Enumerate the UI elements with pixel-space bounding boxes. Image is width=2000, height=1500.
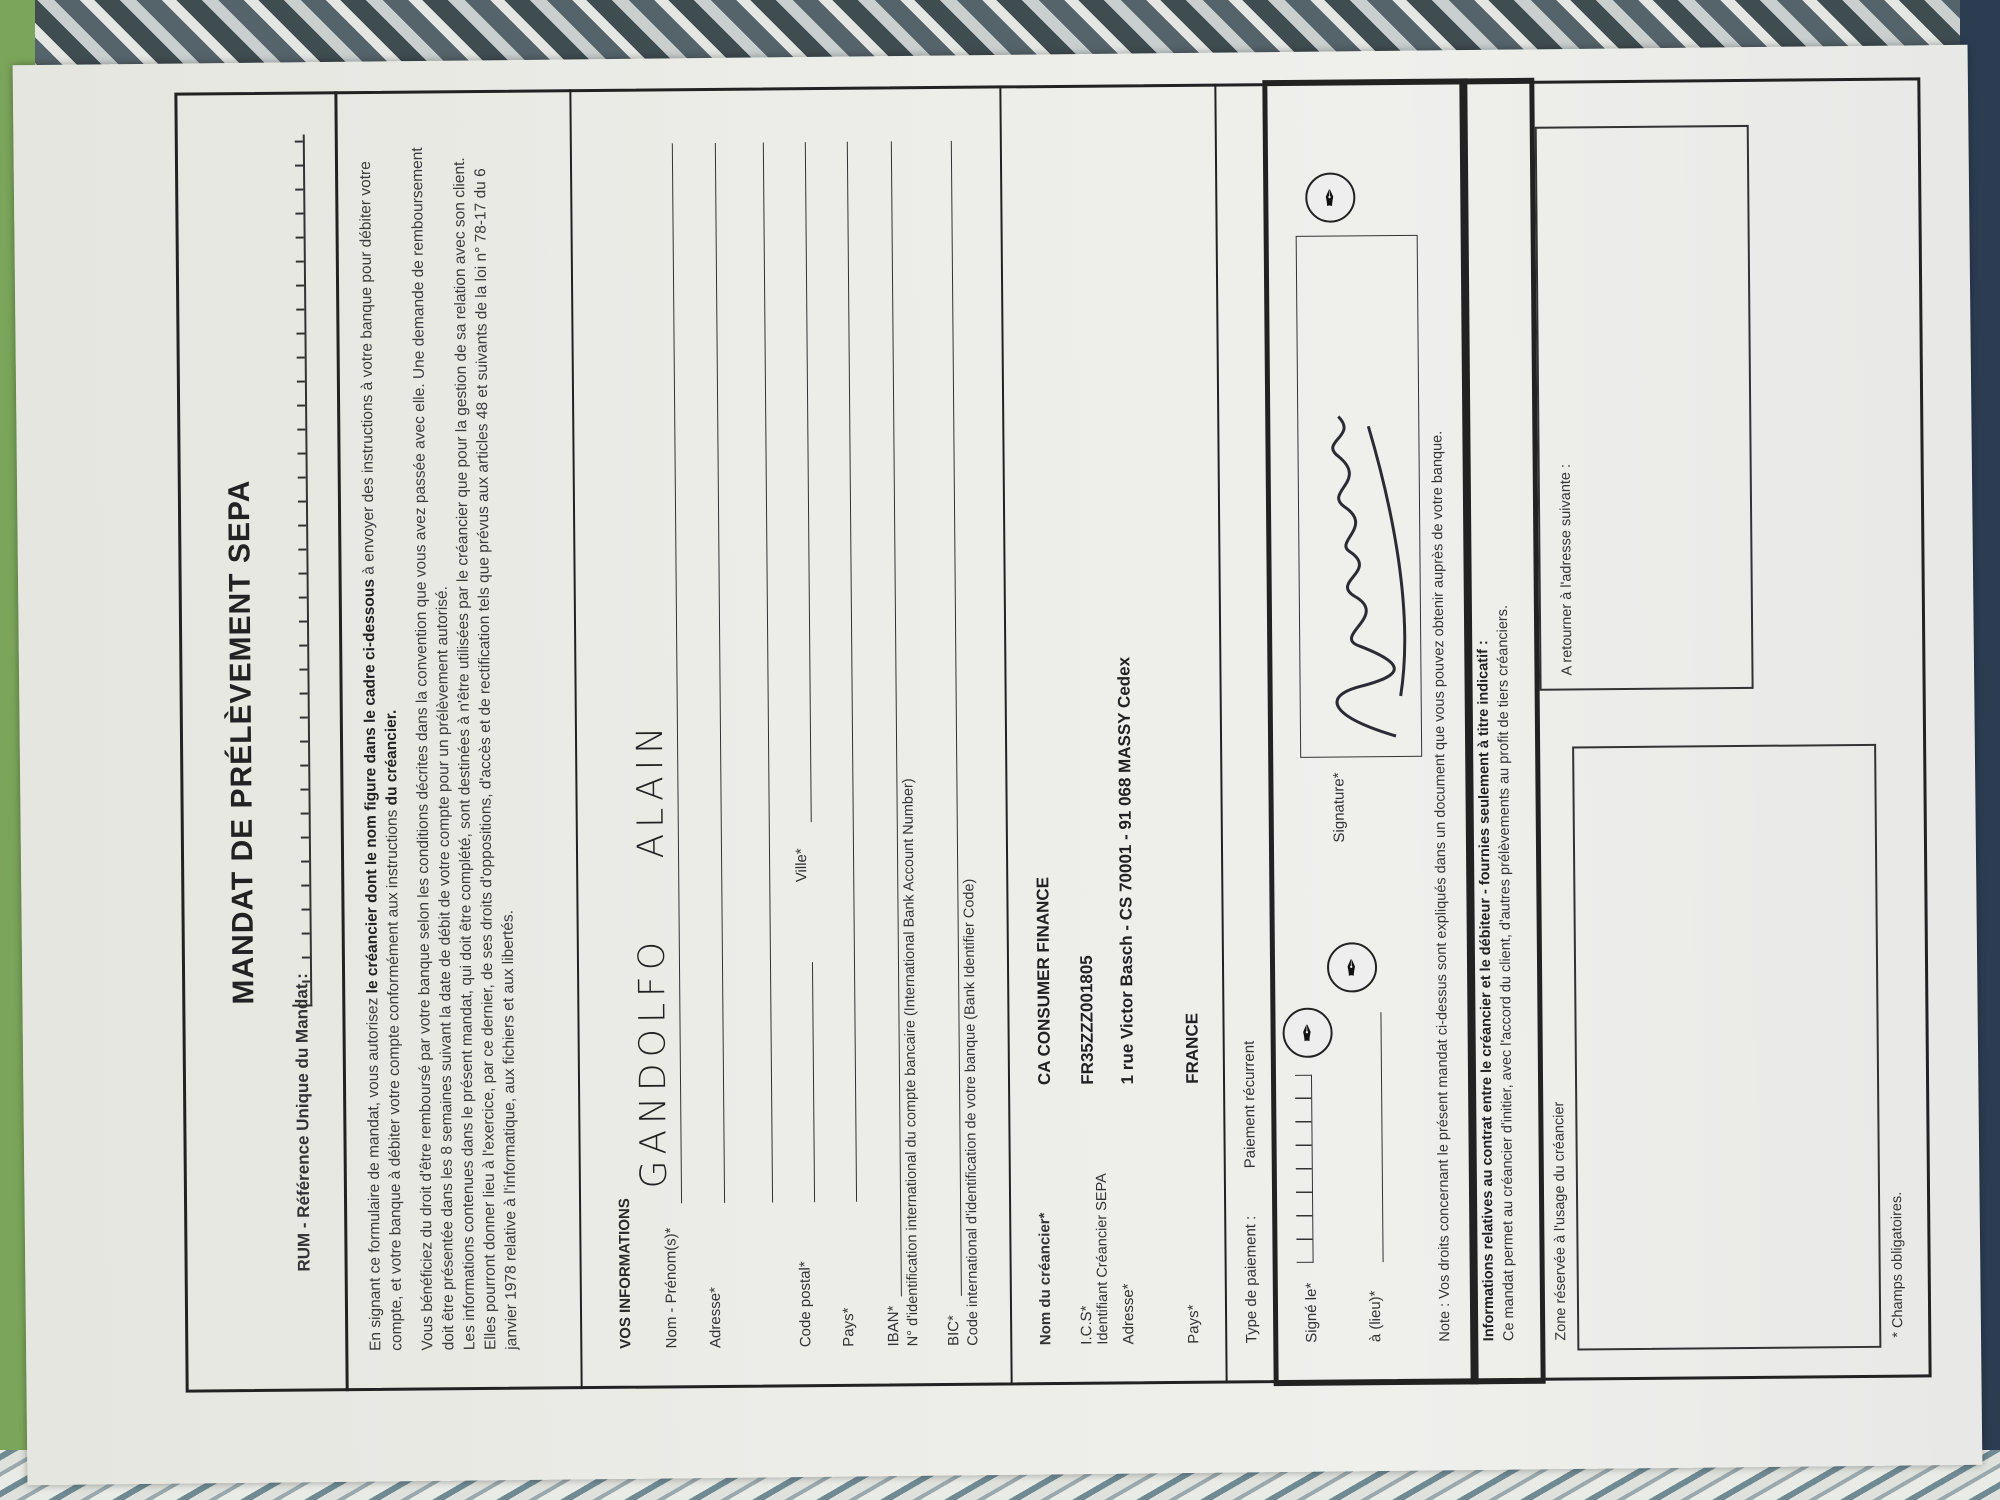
- name-label: Nom - Prénom(s)*: [662, 1227, 680, 1348]
- creditor-name-value: CA CONSUMER FINANCE: [1033, 877, 1055, 1085]
- signed-date-label: Signé le*: [1303, 1283, 1321, 1343]
- creditor-address-value: 1 rue Victor Basch - CS 70001 - 91 068 M…: [1114, 657, 1138, 1085]
- sepa-mandate-form: MANDAT DE PRÉLÈVEMENT SEPA RUM - Référen…: [174, 77, 1935, 1392]
- name-last-value: GANDOLFO: [632, 936, 675, 1189]
- bic-label: BIC*: [945, 1315, 962, 1346]
- fountain-pen-icon: ✒: [1327, 942, 1377, 992]
- intro-text: En signant ce formulaire de mandat, vous…: [355, 130, 533, 1351]
- creditor-country-value: FRANCE: [1182, 1013, 1203, 1084]
- handwritten-signature: [1297, 236, 1422, 757]
- return-address-label: A retourner à l'adresse suivante :: [1558, 464, 1576, 676]
- payment-type-label: Type de paiement :: [1242, 1216, 1260, 1344]
- payment-type-value: Paiement récurrent: [1241, 1041, 1259, 1169]
- iban-label: IBAN*: [885, 1305, 902, 1346]
- signature-label: Signature*: [1330, 772, 1348, 842]
- name-first-value: ALAIN: [630, 721, 672, 859]
- reserved-zone-label: Zone réservée à l'usage du créancier: [1551, 1102, 1569, 1341]
- ics-value: FR35ZZZ001805: [1077, 955, 1098, 1085]
- section-title-debtor: VOS INFORMATIONS: [616, 1198, 634, 1349]
- creditor-address-label: Adresse*: [1120, 1283, 1138, 1344]
- signature-box[interactable]: [1296, 235, 1423, 758]
- footnote: * Champs obligatoires.: [1889, 1192, 1906, 1338]
- fountain-pen-icon: ✒: [1305, 172, 1355, 222]
- creditor-country-label: Pays*: [1185, 1305, 1202, 1344]
- rum-label: RUM - Référence Unique du Mandat :: [292, 973, 315, 1272]
- postal-code-label: Code postal*: [797, 1261, 815, 1347]
- signed-date-input[interactable]: [1295, 1075, 1314, 1263]
- ics-label: I.C.S*: [1078, 1305, 1095, 1344]
- creditor-name-label: Nom du créancier*: [1036, 1212, 1054, 1345]
- city-label: Ville*: [793, 848, 810, 882]
- place-label: à (lieu)*: [1367, 1290, 1384, 1342]
- ics-description: Identifiant Créancier SEPA: [1094, 1173, 1111, 1345]
- fountain-pen-icon: ✒: [1282, 1008, 1332, 1058]
- reserved-zone-box: [1572, 744, 1881, 1351]
- address-label: Adresse*: [707, 1287, 725, 1348]
- country-label: Pays*: [840, 1308, 857, 1347]
